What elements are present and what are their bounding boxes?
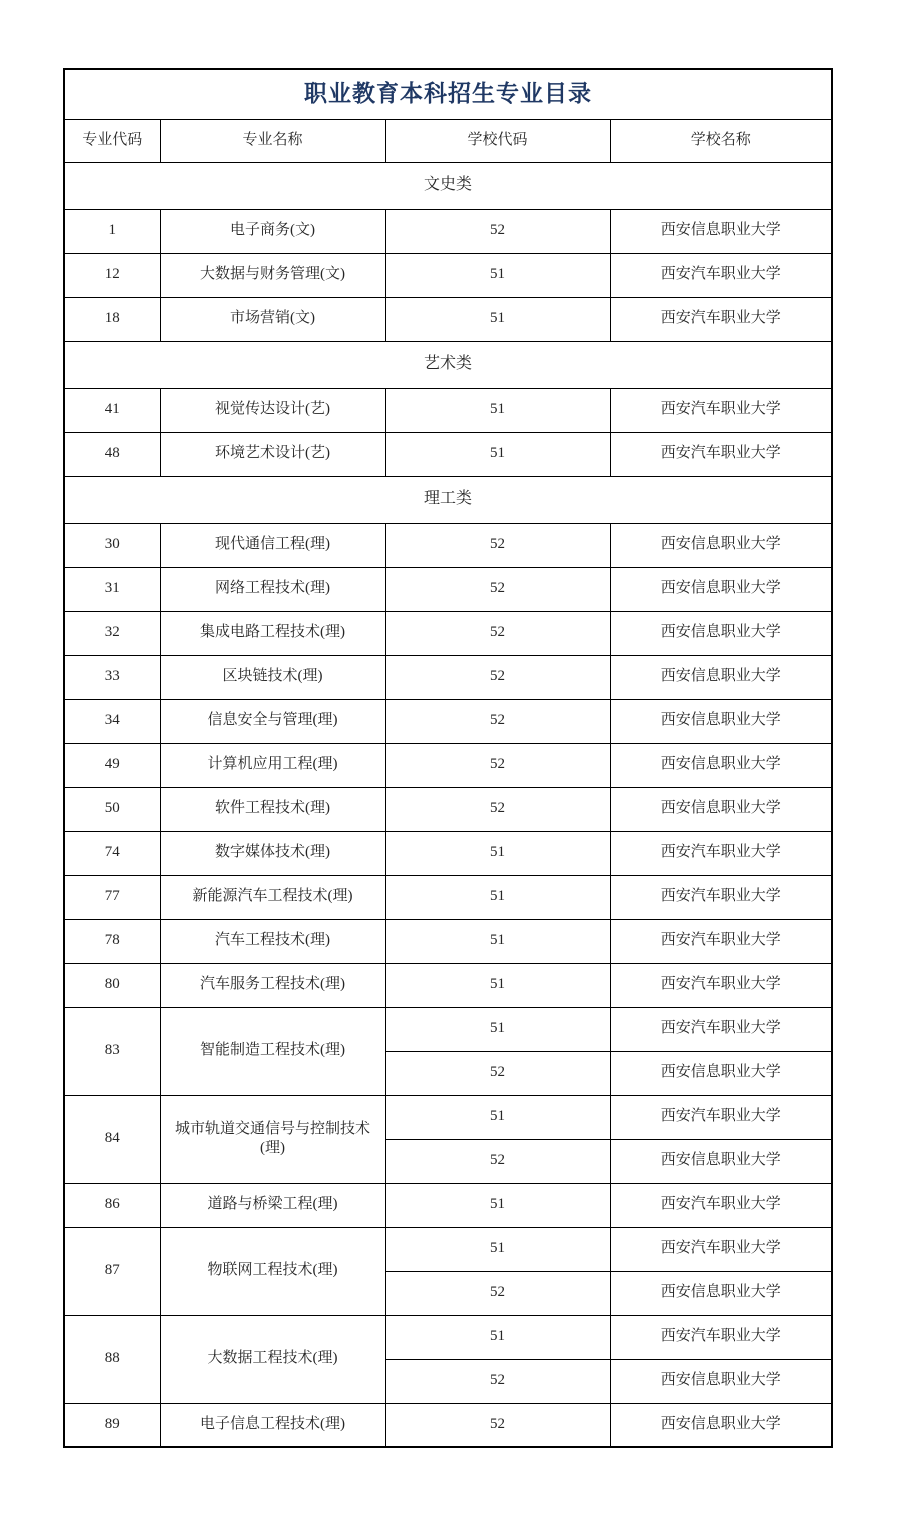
major-name-cell: 大数据与财务管理(文) (160, 253, 385, 297)
major-code-cell: 86 (64, 1183, 160, 1227)
major-name-cell: 汽车工程技术(理) (160, 919, 385, 963)
major-name-cell: 现代通信工程(理) (160, 523, 385, 567)
table-row: 41视觉传达设计(艺)51西安汽车职业大学 (64, 388, 832, 432)
school-name-cell: 西安信息职业大学 (610, 1139, 832, 1183)
table-row: 34信息安全与管理(理)52西安信息职业大学 (64, 699, 832, 743)
catalog-table: 职业教育本科招生专业目录 专业代码 专业名称 学校代码 学校名称 文史类1电子商… (63, 68, 833, 1448)
major-code-cell: 1 (64, 209, 160, 253)
school-name-cell: 西安汽车职业大学 (610, 875, 832, 919)
major-name-cell: 信息安全与管理(理) (160, 699, 385, 743)
major-code-cell: 49 (64, 743, 160, 787)
major-code-cell: 80 (64, 963, 160, 1007)
school-code-cell: 52 (385, 209, 610, 253)
school-code-cell: 52 (385, 1271, 610, 1315)
major-name-cell: 大数据工程技术(理) (160, 1315, 385, 1403)
major-name-cell: 视觉传达设计(艺) (160, 388, 385, 432)
major-name-cell: 环境艺术设计(艺) (160, 432, 385, 476)
school-name-cell: 西安汽车职业大学 (610, 253, 832, 297)
school-name-cell: 西安汽车职业大学 (610, 963, 832, 1007)
section-row: 理工类 (64, 476, 832, 523)
table-row: 48环境艺术设计(艺)51西安汽车职业大学 (64, 432, 832, 476)
table-body: 文史类1电子商务(文)52西安信息职业大学12大数据与财务管理(文)51西安汽车… (64, 162, 832, 1447)
school-name-cell: 西安信息职业大学 (610, 1051, 832, 1095)
table-row: 87物联网工程技术(理)51西安汽车职业大学 (64, 1227, 832, 1271)
school-code-cell: 52 (385, 567, 610, 611)
school-code-cell: 51 (385, 297, 610, 341)
section-row: 文史类 (64, 162, 832, 209)
major-code-cell: 32 (64, 611, 160, 655)
school-name-cell: 西安汽车职业大学 (610, 1315, 832, 1359)
major-code-cell: 34 (64, 699, 160, 743)
section-label: 理工类 (64, 476, 832, 523)
major-code-cell: 78 (64, 919, 160, 963)
table-row: 84城市轨道交通信号与控制技术(理)51西安汽车职业大学 (64, 1095, 832, 1139)
school-code-cell: 51 (385, 963, 610, 1007)
header-row: 专业代码 专业名称 学校代码 学校名称 (64, 119, 832, 162)
major-code-cell: 83 (64, 1007, 160, 1095)
school-name-cell: 西安汽车职业大学 (610, 388, 832, 432)
school-code-cell: 51 (385, 253, 610, 297)
table-row: 1电子商务(文)52西安信息职业大学 (64, 209, 832, 253)
major-name-cell: 软件工程技术(理) (160, 787, 385, 831)
major-code-cell: 18 (64, 297, 160, 341)
table-row: 50软件工程技术(理)52西安信息职业大学 (64, 787, 832, 831)
school-code-cell: 52 (385, 743, 610, 787)
school-name-cell: 西安汽车职业大学 (610, 1183, 832, 1227)
school-name-cell: 西安信息职业大学 (610, 787, 832, 831)
school-name-cell: 西安汽车职业大学 (610, 1007, 832, 1051)
school-name-cell: 西安信息职业大学 (610, 655, 832, 699)
school-code-cell: 51 (385, 1315, 610, 1359)
major-code-cell: 50 (64, 787, 160, 831)
school-code-cell: 52 (385, 1403, 610, 1447)
table-row: 88大数据工程技术(理)51西安汽车职业大学 (64, 1315, 832, 1359)
major-code-cell: 84 (64, 1095, 160, 1183)
school-code-cell: 52 (385, 787, 610, 831)
school-code-cell: 52 (385, 1139, 610, 1183)
school-code-cell: 52 (385, 1051, 610, 1095)
table-row: 74数字媒体技术(理)51西安汽车职业大学 (64, 831, 832, 875)
major-code-cell: 41 (64, 388, 160, 432)
major-name-cell: 新能源汽车工程技术(理) (160, 875, 385, 919)
table-row: 12大数据与财务管理(文)51西安汽车职业大学 (64, 253, 832, 297)
school-code-cell: 51 (385, 1095, 610, 1139)
school-code-cell: 51 (385, 1227, 610, 1271)
major-code-cell: 74 (64, 831, 160, 875)
major-name-cell: 市场营销(文) (160, 297, 385, 341)
school-name-cell: 西安信息职业大学 (610, 743, 832, 787)
table-row: 80汽车服务工程技术(理)51西安汽车职业大学 (64, 963, 832, 1007)
school-name-cell: 西安信息职业大学 (610, 523, 832, 567)
table-row: 32集成电路工程技术(理)52西安信息职业大学 (64, 611, 832, 655)
major-code-cell: 89 (64, 1403, 160, 1447)
table-row: 49计算机应用工程(理)52西安信息职业大学 (64, 743, 832, 787)
table-row: 78汽车工程技术(理)51西安汽车职业大学 (64, 919, 832, 963)
major-code-cell: 33 (64, 655, 160, 699)
major-name-cell: 道路与桥梁工程(理) (160, 1183, 385, 1227)
school-code-cell: 52 (385, 523, 610, 567)
school-name-cell: 西安汽车职业大学 (610, 831, 832, 875)
school-name-cell: 西安汽车职业大学 (610, 919, 832, 963)
table-row: 30现代通信工程(理)52西安信息职业大学 (64, 523, 832, 567)
section-row: 艺术类 (64, 341, 832, 388)
section-label: 艺术类 (64, 341, 832, 388)
major-code-cell: 77 (64, 875, 160, 919)
major-code-cell: 48 (64, 432, 160, 476)
table-row: 89电子信息工程技术(理)52西安信息职业大学 (64, 1403, 832, 1447)
school-name-cell: 西安信息职业大学 (610, 699, 832, 743)
major-name-cell: 数字媒体技术(理) (160, 831, 385, 875)
section-label: 文史类 (64, 162, 832, 209)
col-header-major-name: 专业名称 (160, 119, 385, 162)
major-name-cell: 电子信息工程技术(理) (160, 1403, 385, 1447)
school-name-cell: 西安信息职业大学 (610, 1359, 832, 1403)
school-code-cell: 51 (385, 1183, 610, 1227)
major-name-cell: 网络工程技术(理) (160, 567, 385, 611)
col-header-school-name: 学校名称 (610, 119, 832, 162)
major-code-cell: 30 (64, 523, 160, 567)
school-name-cell: 西安信息职业大学 (610, 1403, 832, 1447)
school-name-cell: 西安信息职业大学 (610, 209, 832, 253)
table-row: 18市场营销(文)51西安汽车职业大学 (64, 297, 832, 341)
major-name-cell: 电子商务(文) (160, 209, 385, 253)
major-name-cell: 计算机应用工程(理) (160, 743, 385, 787)
page: 职业教育本科招生专业目录 专业代码 专业名称 学校代码 学校名称 文史类1电子商… (0, 0, 898, 1529)
major-name-cell: 物联网工程技术(理) (160, 1227, 385, 1315)
col-header-school-code: 学校代码 (385, 119, 610, 162)
table-row: 83智能制造工程技术(理)51西安汽车职业大学 (64, 1007, 832, 1051)
major-name-cell: 城市轨道交通信号与控制技术(理) (160, 1095, 385, 1183)
table-row: 77新能源汽车工程技术(理)51西安汽车职业大学 (64, 875, 832, 919)
school-name-cell: 西安汽车职业大学 (610, 432, 832, 476)
title-row: 职业教育本科招生专业目录 (64, 69, 832, 119)
major-code-cell: 12 (64, 253, 160, 297)
major-name-cell: 集成电路工程技术(理) (160, 611, 385, 655)
major-name-cell: 汽车服务工程技术(理) (160, 963, 385, 1007)
school-code-cell: 51 (385, 1007, 610, 1051)
school-name-cell: 西安信息职业大学 (610, 1271, 832, 1315)
table-row: 33区块链技术(理)52西安信息职业大学 (64, 655, 832, 699)
major-code-cell: 31 (64, 567, 160, 611)
major-name-cell: 区块链技术(理) (160, 655, 385, 699)
school-code-cell: 52 (385, 611, 610, 655)
table-row: 86道路与桥梁工程(理)51西安汽车职业大学 (64, 1183, 832, 1227)
school-code-cell: 51 (385, 831, 610, 875)
school-code-cell: 51 (385, 919, 610, 963)
school-code-cell: 52 (385, 1359, 610, 1403)
major-code-cell: 88 (64, 1315, 160, 1403)
school-name-cell: 西安汽车职业大学 (610, 1095, 832, 1139)
school-code-cell: 51 (385, 432, 610, 476)
major-name-cell: 智能制造工程技术(理) (160, 1007, 385, 1095)
school-name-cell: 西安汽车职业大学 (610, 297, 832, 341)
school-name-cell: 西安信息职业大学 (610, 567, 832, 611)
school-code-cell: 52 (385, 699, 610, 743)
school-name-cell: 西安汽车职业大学 (610, 1227, 832, 1271)
school-code-cell: 52 (385, 655, 610, 699)
table-row: 31网络工程技术(理)52西安信息职业大学 (64, 567, 832, 611)
col-header-major-code: 专业代码 (64, 119, 160, 162)
school-name-cell: 西安信息职业大学 (610, 611, 832, 655)
major-code-cell: 87 (64, 1227, 160, 1315)
school-code-cell: 51 (385, 388, 610, 432)
school-code-cell: 51 (385, 875, 610, 919)
table-title: 职业教育本科招生专业目录 (64, 69, 832, 119)
